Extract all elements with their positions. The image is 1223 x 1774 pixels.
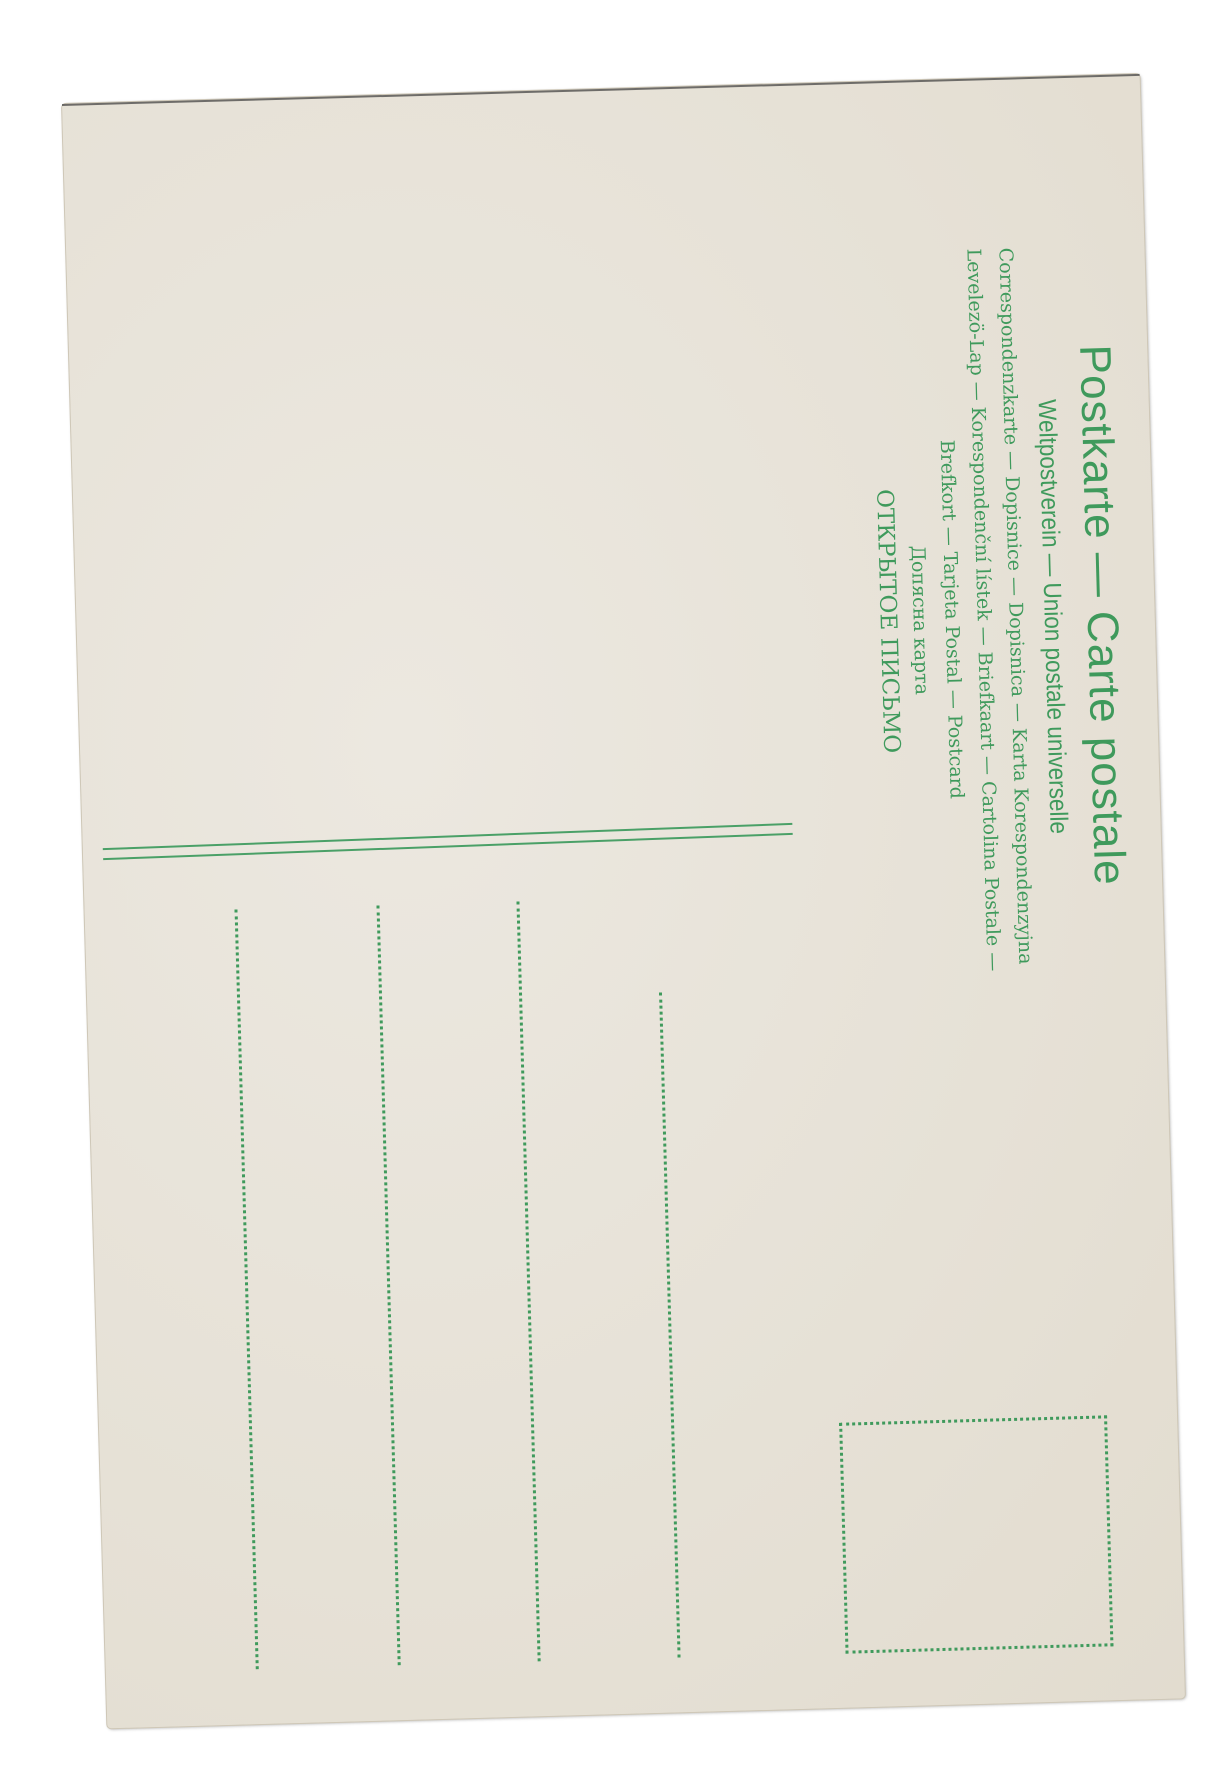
- message-address-divider: [103, 823, 793, 860]
- address-line-4: [659, 993, 681, 1658]
- stamp-box: [839, 1415, 1113, 1653]
- address-line-1: [235, 909, 259, 1669]
- postcard-title: Postkarte — Carte postale: [1066, 235, 1137, 996]
- header-text-block: Postkarte — Carte postale Weltpostverein…: [1106, 235, 1134, 1235]
- address-line-3: [516, 902, 540, 1662]
- address-line-2: [377, 905, 401, 1665]
- postcard: Postkarte — Carte postale Weltpostverein…: [62, 74, 1185, 1728]
